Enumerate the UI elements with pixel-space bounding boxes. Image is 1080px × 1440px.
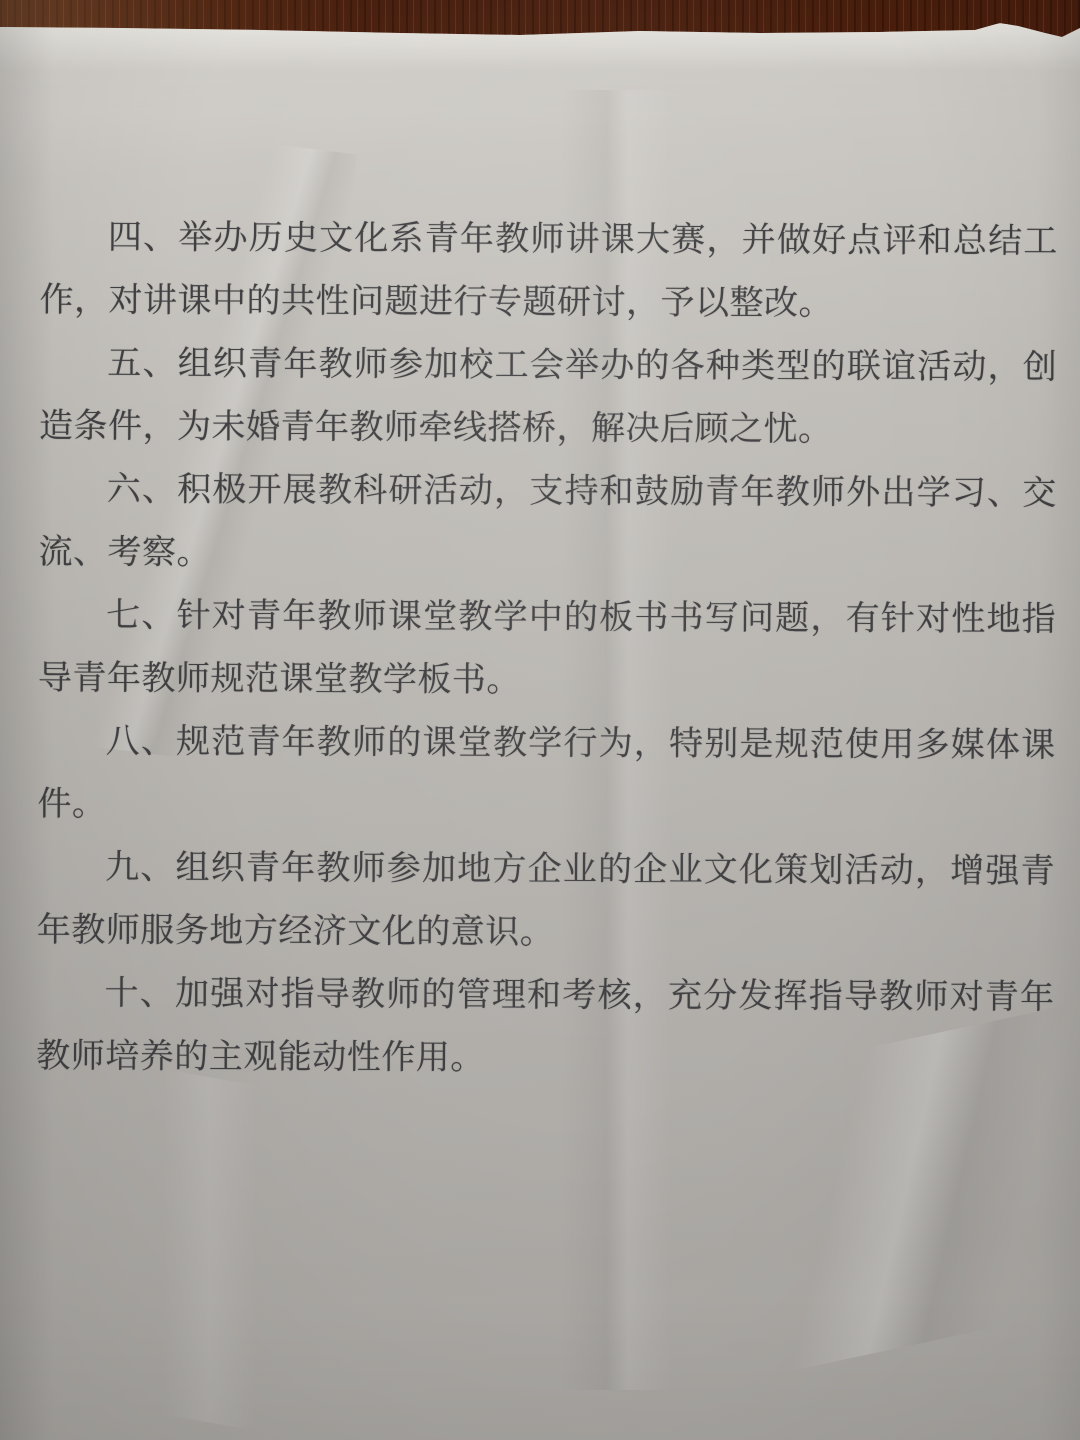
paragraph-item-9: 九、组织青年教师参加地方企业的企业文化策划活动，增强青年教师服务地方经济文化的意… <box>37 836 1056 966</box>
paragraph-item-5: 五、组织青年教师参加校工会举办的各种类型的联谊活动，创造条件，为未婚青年教师牵线… <box>39 332 1058 462</box>
document-page: 四、举办历史文化系青年教师讲课大赛，并做好点评和总结工作，对讲课中的共性问题进行… <box>0 0 1080 1440</box>
paragraph-item-6: 六、积极开展教科研活动，支持和鼓励青年教师外出学习、交流、考察。 <box>38 458 1057 588</box>
document-text: 四、举办历史文化系青年教师讲课大赛，并做好点评和总结工作，对讲课中的共性问题进行… <box>36 206 1058 1092</box>
paper-crease <box>52 1060 367 1440</box>
photo-of-document: 四、举办历史文化系青年教师讲课大赛，并做好点评和总结工作，对讲课中的共性问题进行… <box>0 0 1080 1440</box>
paragraph-item-7: 七、针对青年教师课堂教学中的板书书写问题，有针对性地指导青年教师规范课堂教学板书… <box>38 584 1057 714</box>
paragraph-item-8: 八、规范青年教师的课堂教学行为，特别是规范使用多媒体课件。 <box>37 710 1056 840</box>
paragraph-item-10: 十、加强对指导教师的管理和考核，充分发挥指导教师对青年教师培养的主观能动性作用。 <box>36 962 1055 1092</box>
paragraph-item-4: 四、举办历史文化系青年教师讲课大赛，并做好点评和总结工作，对讲课中的共性问题进行… <box>39 206 1058 336</box>
